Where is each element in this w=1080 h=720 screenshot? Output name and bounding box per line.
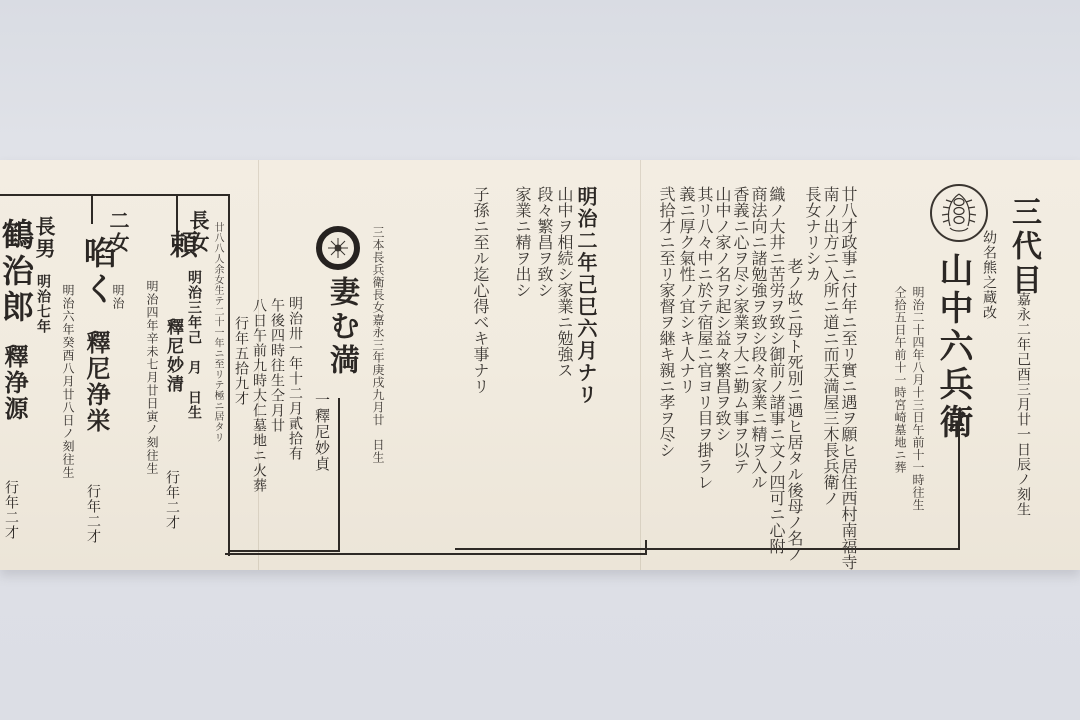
child-posthumous-name: 釋尼浄栄 <box>84 330 108 434</box>
body-column: 子孫ニ至ル迄心得ベキ事ナリ <box>472 186 488 394</box>
body-column: 織ノ大井ニ苦労ヲ致シ御前ノ諸事ニ文ノ四可ニ心附 <box>768 186 784 554</box>
body-column: 廿八才政事ニ付年ニ至リ實ニ遇ヲ願ヒ居住西村南福寺 <box>840 186 856 570</box>
family-tree-branch <box>176 194 178 232</box>
child-age: 行年二才 <box>4 480 18 540</box>
body-column: 南ノ出方ニ入所ニ道ニ而天満屋三木長兵衛ノ <box>822 186 838 506</box>
body-column: 香義ニ心ヲ尽シ家業ヲ大ニ勤ム事ヲ以テ <box>732 186 748 474</box>
child-posthumous-name: 釋浄源 <box>2 344 26 422</box>
body-column: 山中ヲ相続シ家業ニ勉強ス <box>556 186 572 378</box>
child-name: 頼 <box>168 230 196 262</box>
childhood-name: 幼名熊之蔵改 <box>982 230 996 320</box>
child-birth: 明治七年 <box>36 274 50 334</box>
ring-flower-crest-icon <box>316 226 360 270</box>
body-column: 長女ナリシカ <box>804 186 820 282</box>
frame-bottom-line <box>225 553 647 555</box>
wife-age: 行年五拾九才 <box>234 316 248 406</box>
child-relation: 長男 <box>34 216 54 260</box>
body-column: 其リ八々中ニ於テ宿屋ニ官ヨリ目ヲ掛ラレ <box>696 186 712 490</box>
body-column: 山中ノ家ノ名ヲ起シ益々繁昌ヲ致シ <box>714 186 730 442</box>
child-name: 鶴治郎 <box>0 218 32 326</box>
body-column: 老ノ故ニ母ト死別ニ遇ヒ居タル後母ノ名ノ <box>786 258 802 562</box>
frame-tick <box>645 540 647 554</box>
birth-note: 嘉永二年己酉三月廿一日辰ノ刻生 <box>1016 292 1030 517</box>
child-age: 行年二才 <box>165 470 179 530</box>
children-note: 廿八八人余女生テ二十一年ニ至リテ極ニ居タリ <box>212 222 222 443</box>
body-column: 段々繁昌ヲ致シ <box>536 186 552 298</box>
child-age: 行年二才 <box>86 484 100 544</box>
wife-frame <box>228 398 340 552</box>
child-birth: 明治 <box>112 284 124 310</box>
child-posthumous-name: 釋尼妙清 <box>164 318 181 394</box>
body-column: 弐拾才ニ至リ家督ヲ継キ親ニ孝ヲ尽シ <box>658 186 674 458</box>
body-column: 商法向ニ諸勉強ヲ致シ段々家業ニ精ヲ入ル <box>750 186 766 490</box>
wife-origin-note: 三本長兵衛長女嘉永三年庚戌九月廿 日生 <box>372 226 384 464</box>
family-tree-line <box>0 194 230 196</box>
child-name: 啗く <box>82 236 114 308</box>
wisteria-leaf-crest-icon <box>930 184 988 242</box>
body-column: 家業ニ精ヲ出シ <box>514 186 530 298</box>
body-column: 義ニ厚ク氣性ノ宜シキ人ナリ <box>678 186 694 394</box>
family-tree-right-line <box>228 194 230 556</box>
wife-name: 妻む満 <box>326 276 356 378</box>
child-death: 明治四年辛未七月廿日寅ノ刻往生 <box>146 280 158 475</box>
child-birth: 明治三年己 月 日生 <box>187 270 201 420</box>
generation-label: 三代目 <box>1008 196 1038 298</box>
child-death: 明治六年癸酉八月廿八日ノ刻往生 <box>62 284 74 479</box>
body-column: 明治二年己巳六月ナリ <box>576 186 596 406</box>
family-tree-branch <box>91 194 93 224</box>
